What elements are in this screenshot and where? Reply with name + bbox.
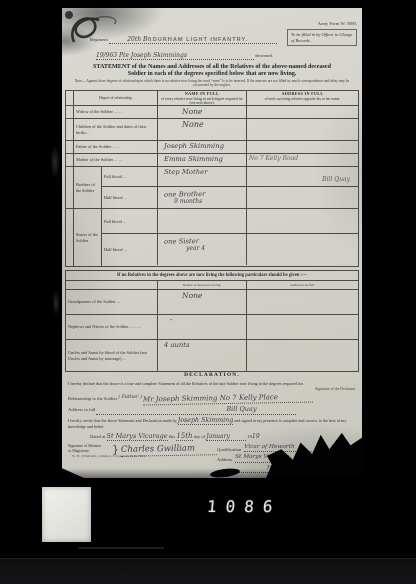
- sisters-half-name-cell: one Sister year 4: [158, 234, 247, 265]
- children-name-cell: None: [158, 119, 247, 140]
- brothers-full-name-cell: Step Mother: [158, 167, 247, 186]
- name-header-cell: NAME IN FULL of every relative now livin…: [158, 91, 247, 105]
- degree-header-cell: Degree of relationship: [74, 91, 158, 105]
- soldier-fill-line: 19/963 Pte Joseph Skimmings: [96, 52, 254, 60]
- film-smudge: [52, 290, 60, 316]
- sisters-half-address-cell: [247, 234, 358, 265]
- address-header-cell: ADDRESS IN FULL of each surviving relati…: [247, 91, 358, 105]
- minister-label-2: or Magistrate.: [68, 449, 112, 454]
- brothers-full-row: Full blood ... Step Mother Bill Quay: [102, 167, 358, 187]
- sisters-group-label: Sisters of the Soldier: [74, 209, 102, 266]
- brothers-full-handwritten: Step Mother: [164, 168, 207, 176]
- printer-imprint: W. B. Whitfield, Limited, Liverpool. R.O…: [72, 454, 146, 458]
- regiment-line: Regiment 20th Bn DURHAM LIGHT INFANTRY.: [90, 36, 320, 44]
- qualification-handwritten: Vicar of Heworth: [244, 444, 295, 450]
- brothers-half-row: Half blood ... one Brother 9 months: [102, 187, 358, 208]
- declaration-heading: DECLARATION.: [68, 372, 356, 379]
- dated-place-handwritten: St Marys Vicarage: [107, 432, 168, 441]
- minister-label: Signature of Minister or Magistrate.: [68, 444, 112, 453]
- sisters-full-name-cell: [158, 209, 247, 233]
- relationship-line: Relationship to the Soldier ( Father ) M…: [68, 394, 356, 404]
- father-label: Father of the Soldier ... ...: [74, 141, 158, 153]
- grandparents-handwritten: None: [182, 291, 202, 300]
- document-paper: Army Form W. 5080. To be filled in by Of…: [62, 8, 362, 478]
- widow-name-cell: None: [158, 106, 247, 118]
- nephews-address-cell: [247, 315, 358, 339]
- lead-column-cell: [66, 154, 74, 166]
- lead-column-cell: [66, 106, 74, 118]
- soldier-line: 19/963 Pte Joseph Skimmings deceased.: [96, 52, 326, 60]
- regiment-fill-line: 20th Bn DURHAM LIGHT INFANTRY.: [109, 36, 277, 44]
- mother-address-handwritten: No 7 Kelly Road: [249, 155, 298, 162]
- certify-text-pre: I hereby certify that the above Statemen…: [68, 418, 177, 423]
- names-subheader: Names of those now living.: [158, 281, 247, 289]
- brothers-full-address-handwritten: Bill Quay: [322, 176, 350, 183]
- day-handwritten: 15th: [176, 432, 192, 441]
- widow-label: Widow of the Soldier ... ...: [74, 106, 158, 118]
- month-handwritten: January: [206, 433, 246, 442]
- soldier-name-handwritten: 19/963 Pte Joseph Skimmings: [96, 52, 187, 59]
- relationship-label: Relationship to the Soldier: [68, 396, 117, 401]
- minister-address-label: Address: [217, 457, 232, 463]
- sisters-full-address-cell: [247, 209, 358, 233]
- mother-label: Mother of the Soldier ... ...: [74, 154, 158, 166]
- grandparents-address-cell: [247, 290, 358, 314]
- nephews-handwritten: -: [170, 316, 172, 324]
- sisters-half-handwritten-2: year 4: [186, 245, 244, 252]
- lead-column-cell: [66, 141, 74, 153]
- widow-row: Widow of the Soldier ... ... None: [66, 106, 358, 119]
- regiment-handwritten: 20th Bn: [127, 36, 151, 43]
- children-row: Children of the Soldier and dates of the…: [66, 119, 358, 141]
- day-of-label: day of: [194, 434, 206, 439]
- half-blood-label: Half blood ...: [102, 234, 158, 265]
- brothers-subrows: Full blood ... Step Mother Bill Quay Hal…: [102, 167, 358, 208]
- sisters-full-row: Full blood ...: [102, 209, 358, 234]
- widow-name-handwritten: None: [182, 107, 202, 116]
- address-header-sub: of each surviving relative opposite his …: [265, 97, 341, 101]
- uncles-row: Uncles and Aunts by blood of the Soldier…: [66, 340, 358, 371]
- frame-number: 1086: [206, 497, 282, 516]
- relatives-table: Degree of relationship NAME IN FULL of e…: [65, 90, 359, 267]
- relationship-inserted: ( Father ): [118, 394, 142, 400]
- declaration-body: I hereby declare that the above is a tru…: [68, 381, 356, 386]
- brothers-full-address-cell: Bill Quay: [247, 167, 358, 186]
- name-header-sub: of every relative now living in each deg…: [161, 97, 243, 105]
- address-value-handwritten: Bill Quay: [226, 405, 256, 413]
- brothers-group-label: Brothers of the Soldier: [74, 167, 102, 208]
- film-scratch-line: [78, 547, 164, 549]
- mother-row: Mother of the Soldier ... ... Emma Skimm…: [66, 154, 358, 167]
- film-smudge: [50, 145, 60, 179]
- qualification-label: Qualification: [217, 447, 241, 453]
- widow-address-cell: [247, 106, 358, 118]
- address-line: Address in full Bill Quay: [68, 405, 356, 414]
- children-label: Children of the Soldier and dates of the…: [74, 119, 158, 140]
- brothers-half-name-cell: one Brother 9 months: [158, 187, 247, 208]
- table-header-row: Degree of relationship NAME IN FULL of e…: [66, 91, 358, 106]
- half-blood-label: Half blood ...: [102, 187, 158, 208]
- sisters-band: Sisters of the Soldier Full blood ... Ha…: [66, 209, 358, 266]
- this-label: this: [169, 434, 176, 439]
- full-blood-label: Full blood ...: [102, 209, 158, 233]
- lead-column-cell: [66, 167, 74, 208]
- grandparents-row: Grandparents of the Soldier ... None: [66, 290, 358, 315]
- full-blood-label: Full blood ...: [102, 167, 158, 186]
- no-relatives-heading: If no Relatives in the degrees above are…: [66, 271, 358, 281]
- mother-name-cell: Emma Skimming: [158, 154, 247, 166]
- bottom-edge-shadow: [62, 468, 362, 478]
- film-frame-card: [42, 487, 91, 542]
- subheader-spacer: [66, 281, 158, 289]
- no-relatives-subheader: Names of those now living. Addresses in …: [66, 281, 358, 290]
- year-handwritten: 19: [252, 433, 260, 440]
- certify-name-handwritten: Joseph Skimming: [178, 417, 234, 425]
- form-note: Note.—Against those degrees of relations…: [72, 79, 352, 88]
- address-in-full-label: Address in full: [68, 407, 95, 412]
- mother-address-cell: No 7 Kelly Road: [247, 154, 358, 166]
- grandparents-name-cell: None: [158, 290, 247, 314]
- brothers-half-address-cell: [247, 187, 358, 208]
- deceased-label: deceased.: [255, 53, 273, 58]
- nephews-row: Nephews and Nieces of the Soldier ... ..…: [66, 315, 358, 340]
- no-relatives-table: If no Relatives in the degrees above are…: [65, 270, 359, 372]
- uncles-label: Uncles and Aunts by blood of the Soldier…: [66, 340, 158, 371]
- army-form-number: Army Form W. 5080.: [318, 21, 357, 26]
- regiment-stamp: DURHAM LIGHT INFANTRY.: [153, 37, 248, 43]
- microfilm-photo: Army Form W. 5080. To be filled in by Of…: [0, 0, 416, 584]
- sisters-half-row: Half blood ... one Sister year 4: [102, 234, 358, 265]
- lead-column-cell: [66, 91, 74, 105]
- sisters-subrows: Full blood ... Half blood ... one Sister…: [102, 209, 358, 266]
- brothers-half-handwritten-2: 9 months: [174, 198, 244, 205]
- title-line-2: Soldier in each of the degrees specified…: [66, 71, 358, 78]
- certify-paragraph: I hereby certify that the above Statemen…: [68, 417, 356, 430]
- sisters-half-handwritten: one Sister: [164, 236, 244, 245]
- dated-line: Dated at St Marys Vicarage this 15th day…: [90, 432, 356, 442]
- grandparents-label: Grandparents of the Soldier ...: [66, 290, 158, 314]
- nephews-name-cell: -: [158, 315, 247, 339]
- statement-title: STATEMENT of the Names and Addresses of …: [66, 64, 358, 78]
- lead-column-cell: [66, 119, 74, 140]
- lead-column-cell: [66, 209, 74, 266]
- dated-at-label: Dated at: [90, 434, 105, 439]
- mother-name-handwritten: Emma Skimming: [164, 155, 223, 163]
- uncles-name-cell: 4 aunts: [158, 340, 247, 371]
- brothers-half-handwritten: one Brother: [164, 189, 244, 198]
- regiment-label: Regiment: [90, 37, 108, 42]
- children-address-cell: [247, 119, 358, 140]
- father-address-cell: [247, 141, 358, 153]
- nephews-label: Nephews and Nieces of the Soldier ... ..…: [66, 315, 158, 339]
- addresses-subheader: Addresses in full.: [247, 281, 358, 289]
- father-name-handwritten: Joseph Skimming: [164, 142, 224, 150]
- children-name-handwritten: None: [182, 120, 204, 129]
- title-line-1: STATEMENT of the Names and Addresses of …: [66, 64, 358, 71]
- uncles-address-cell: [247, 340, 358, 371]
- declarant-signature-caption: Signature of the Declarant.: [68, 387, 356, 392]
- uncles-handwritten: 4 aunts: [164, 341, 190, 349]
- father-name-cell: Joseph Skimming: [158, 141, 247, 153]
- father-row: Father of the Soldier ... ... Joseph Ski…: [66, 141, 358, 154]
- film-bottom-band: [0, 558, 416, 584]
- declarant-signature-handwritten: Mr Joseph Skimming No 7 Kelly Place: [143, 392, 313, 405]
- brothers-band: Brothers of the Soldier Full blood ... S…: [66, 167, 358, 209]
